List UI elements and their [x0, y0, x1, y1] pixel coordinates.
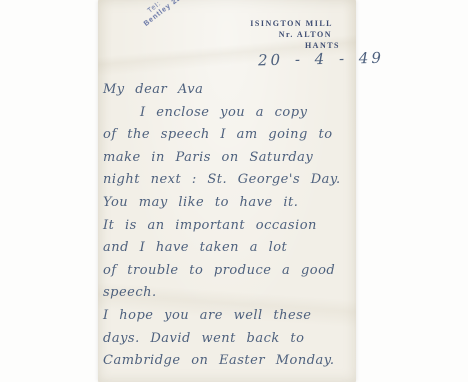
letter-body: My dear Ava I enclose you a copy of the … [103, 82, 351, 376]
salutation-line: My dear Ava [103, 82, 351, 105]
letter-line: make in Paris on Saturday [103, 150, 351, 173]
letter-line: night next : St. George's Day. [103, 172, 351, 195]
letter-line: of the speech I am going to [103, 127, 351, 150]
letter-line: speech. [103, 285, 351, 308]
letter-line: I hope you are well these [103, 308, 351, 331]
letter-line: It is an important occasion [103, 218, 351, 241]
letterhead-house-name: ISINGTON MILL [250, 18, 333, 29]
letter-line: I enclose you a copy [103, 105, 351, 128]
handwritten-date: 20 - 4 - 49 [258, 49, 384, 70]
printed-letterhead: ISINGTON MILL Nr. ALTON HANTS [250, 18, 340, 51]
letter-line: You may like to have it. [103, 195, 351, 218]
telephone-stamp: Tel: Bentley 2298 [138, 0, 191, 29]
scanned-letter-photo: Tel: Bentley 2298 ISINGTON MILL Nr. ALTO… [0, 0, 468, 382]
letter-line: Cambridge on Easter Monday. [103, 353, 351, 376]
letter-line: days. David went back to [103, 331, 351, 354]
letter-line: and I have taken a lot [103, 240, 351, 263]
letter-line: of trouble to produce a good [103, 263, 351, 286]
letterhead-town: Nr. ALTON [250, 29, 332, 40]
letter-paper-sheet: Tel: Bentley 2298 ISINGTON MILL Nr. ALTO… [98, 0, 356, 382]
